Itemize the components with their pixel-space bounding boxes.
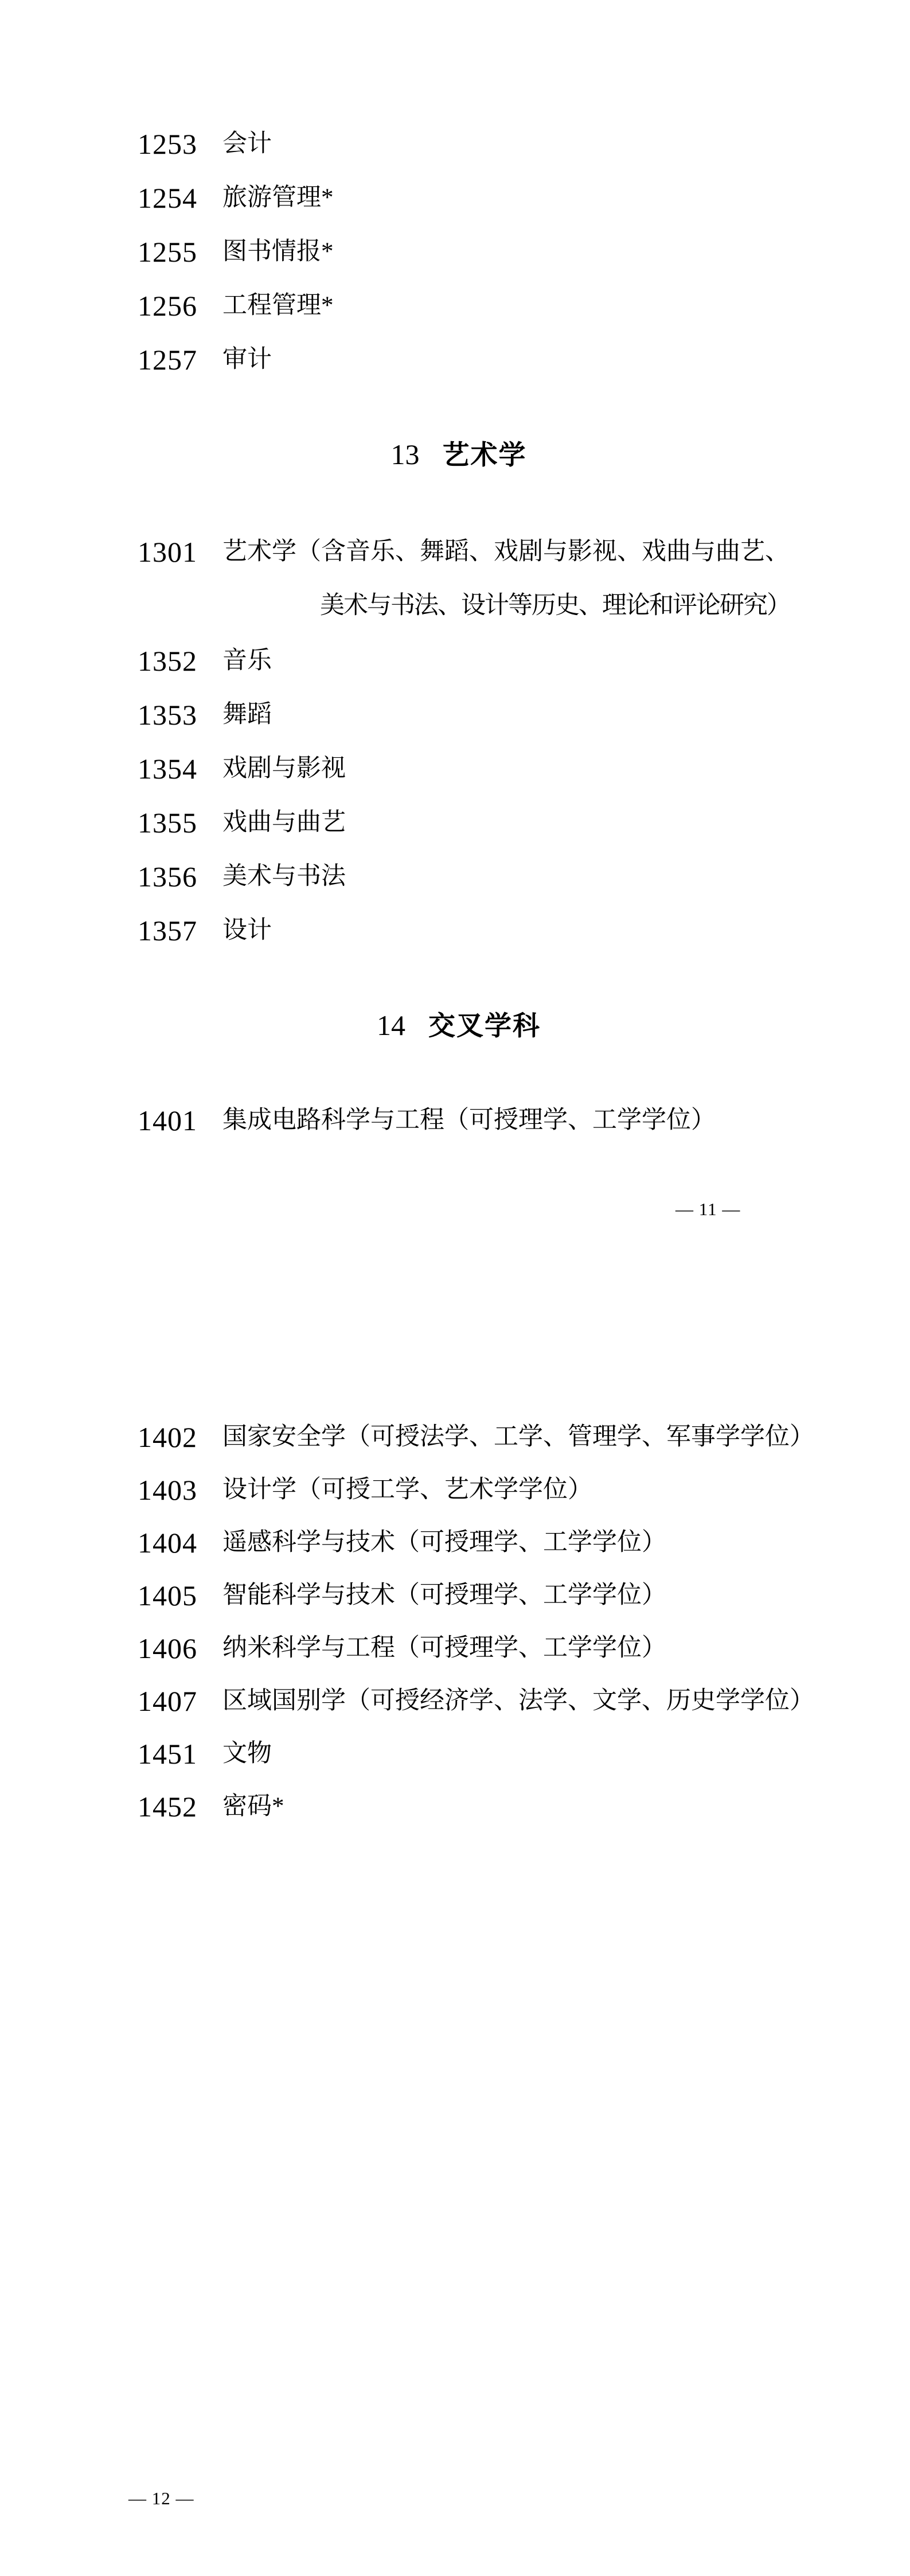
- discipline-entry: 1406 纳米科学与工程（可授理学、工学学位）: [0, 1630, 910, 1667]
- section-heading-14: 14交叉学科: [138, 1007, 780, 1044]
- discipline-code: 1254: [138, 180, 197, 216]
- discipline-name: 区域国别学（可授经济学、法学、文学、历史学学位）: [222, 1683, 814, 1719]
- discipline-code: 1352: [138, 643, 197, 679]
- discipline-name: 智能科学与技术（可授理学、工学学位）: [222, 1577, 666, 1614]
- discipline-code: 1356: [138, 858, 197, 895]
- discipline-code: 1255: [138, 234, 197, 270]
- discipline-name-continued: 美术与书法、设计等历史、理论和评论研究）: [320, 587, 790, 624]
- discipline-name: 审计: [222, 341, 272, 378]
- discipline-name: 国家安全学（可授法学、工学、管理学、军事学学位）: [222, 1419, 814, 1456]
- discipline-name: 纳米科学与工程（可授理学、工学学位）: [222, 1630, 666, 1667]
- discipline-name: 舞蹈: [222, 696, 272, 733]
- discipline-code: 1353: [138, 696, 197, 733]
- section-number: 13: [391, 438, 420, 470]
- discipline-entry: 1352 音乐: [0, 643, 910, 679]
- discipline-entry: 1402 国家安全学（可授法学、工学、管理学、军事学学位）: [0, 1419, 910, 1456]
- discipline-name: 图书情报*: [222, 234, 334, 270]
- discipline-entry: 1404 遥感科学与技术（可授理学、工学学位）: [0, 1524, 910, 1561]
- document-canvas: 1253 会计 1254 旅游管理* 1255 图书情报* 1256 工程管理*…: [0, 0, 910, 2576]
- discipline-entry: 1253 会计: [0, 126, 910, 162]
- discipline-code: 1253: [138, 126, 197, 162]
- section-number: 14: [377, 1009, 405, 1041]
- discipline-name: 设计: [222, 912, 272, 949]
- discipline-name: 遥感科学与技术（可授理学、工学学位）: [222, 1524, 666, 1561]
- discipline-code: 1452: [138, 1788, 197, 1825]
- page-12: 1402 国家安全学（可授法学、工学、管理学、军事学学位） 1403 设计学（可…: [0, 1288, 910, 2576]
- discipline-name: 旅游管理*: [222, 180, 334, 216]
- discipline-name: 文物: [222, 1736, 272, 1772]
- discipline-code: 1354: [138, 750, 197, 787]
- discipline-code: 1301: [138, 534, 197, 570]
- discipline-name: 戏剧与影视: [222, 750, 346, 787]
- discipline-entry-continuation: 美术与书法、设计等历史、理论和评论研究）: [0, 587, 910, 624]
- discipline-entry: 1257 审计: [0, 341, 910, 378]
- discipline-entry: 1301 艺术学（含音乐、舞蹈、戏剧与影视、戏曲与曲艺、: [0, 534, 910, 570]
- discipline-entry: 1405 智能科学与技术（可授理学、工学学位）: [0, 1577, 910, 1614]
- discipline-code: 1403: [138, 1472, 197, 1508]
- discipline-code: 1401: [138, 1102, 197, 1139]
- discipline-code: 1451: [138, 1736, 197, 1772]
- discipline-code: 1355: [138, 804, 197, 841]
- discipline-code: 1406: [138, 1630, 197, 1667]
- page-number: — 12 —: [128, 2489, 194, 2508]
- discipline-entry: 1355 戏曲与曲艺: [0, 804, 910, 841]
- discipline-name: 设计学（可授工学、艺术学学位）: [222, 1472, 592, 1508]
- discipline-code: 1405: [138, 1577, 197, 1614]
- discipline-code: 1257: [138, 341, 197, 378]
- discipline-entry: 1357 设计: [0, 912, 910, 949]
- discipline-name: 音乐: [222, 643, 272, 679]
- discipline-entry: 1401 集成电路科学与工程（可授理学、工学学位）: [0, 1102, 910, 1139]
- discipline-code: 1404: [138, 1524, 197, 1561]
- discipline-entry: 1403 设计学（可授工学、艺术学学位）: [0, 1472, 910, 1508]
- discipline-entry: 1256 工程管理*: [0, 287, 910, 324]
- page-11: 1253 会计 1254 旅游管理* 1255 图书情报* 1256 工程管理*…: [0, 0, 910, 1288]
- discipline-entry: 1353 舞蹈: [0, 696, 910, 733]
- discipline-name: 美术与书法: [222, 858, 346, 895]
- discipline-code: 1407: [138, 1683, 197, 1719]
- discipline-name: 工程管理*: [222, 287, 334, 324]
- discipline-entry: 1407 区域国别学（可授经济学、法学、文学、历史学学位）: [0, 1683, 910, 1719]
- discipline-code: 1256: [138, 287, 197, 324]
- discipline-entry: 1255 图书情报*: [0, 234, 910, 270]
- section-title: 艺术学: [443, 439, 527, 470]
- discipline-code: 1357: [138, 912, 197, 949]
- discipline-name: 会计: [222, 126, 272, 162]
- discipline-entry: 1452 密码*: [0, 1788, 910, 1825]
- page-number: — 11 —: [675, 1200, 740, 1219]
- section-title: 交叉学科: [428, 1010, 541, 1041]
- discipline-entry: 1451 文物: [0, 1736, 910, 1772]
- discipline-entry: 1356 美术与书法: [0, 858, 910, 895]
- discipline-entry: 1354 戏剧与影视: [0, 750, 910, 787]
- discipline-code: 1402: [138, 1419, 197, 1456]
- discipline-name: 艺术学（含音乐、舞蹈、戏剧与影视、戏曲与曲艺、: [222, 534, 790, 570]
- discipline-name: 戏曲与曲艺: [222, 804, 346, 841]
- discipline-name: 密码*: [222, 1788, 284, 1825]
- section-heading-13: 13艺术学: [138, 436, 780, 473]
- discipline-entry: 1254 旅游管理*: [0, 180, 910, 216]
- discipline-name: 集成电路科学与工程（可授理学、工学学位）: [222, 1102, 716, 1139]
